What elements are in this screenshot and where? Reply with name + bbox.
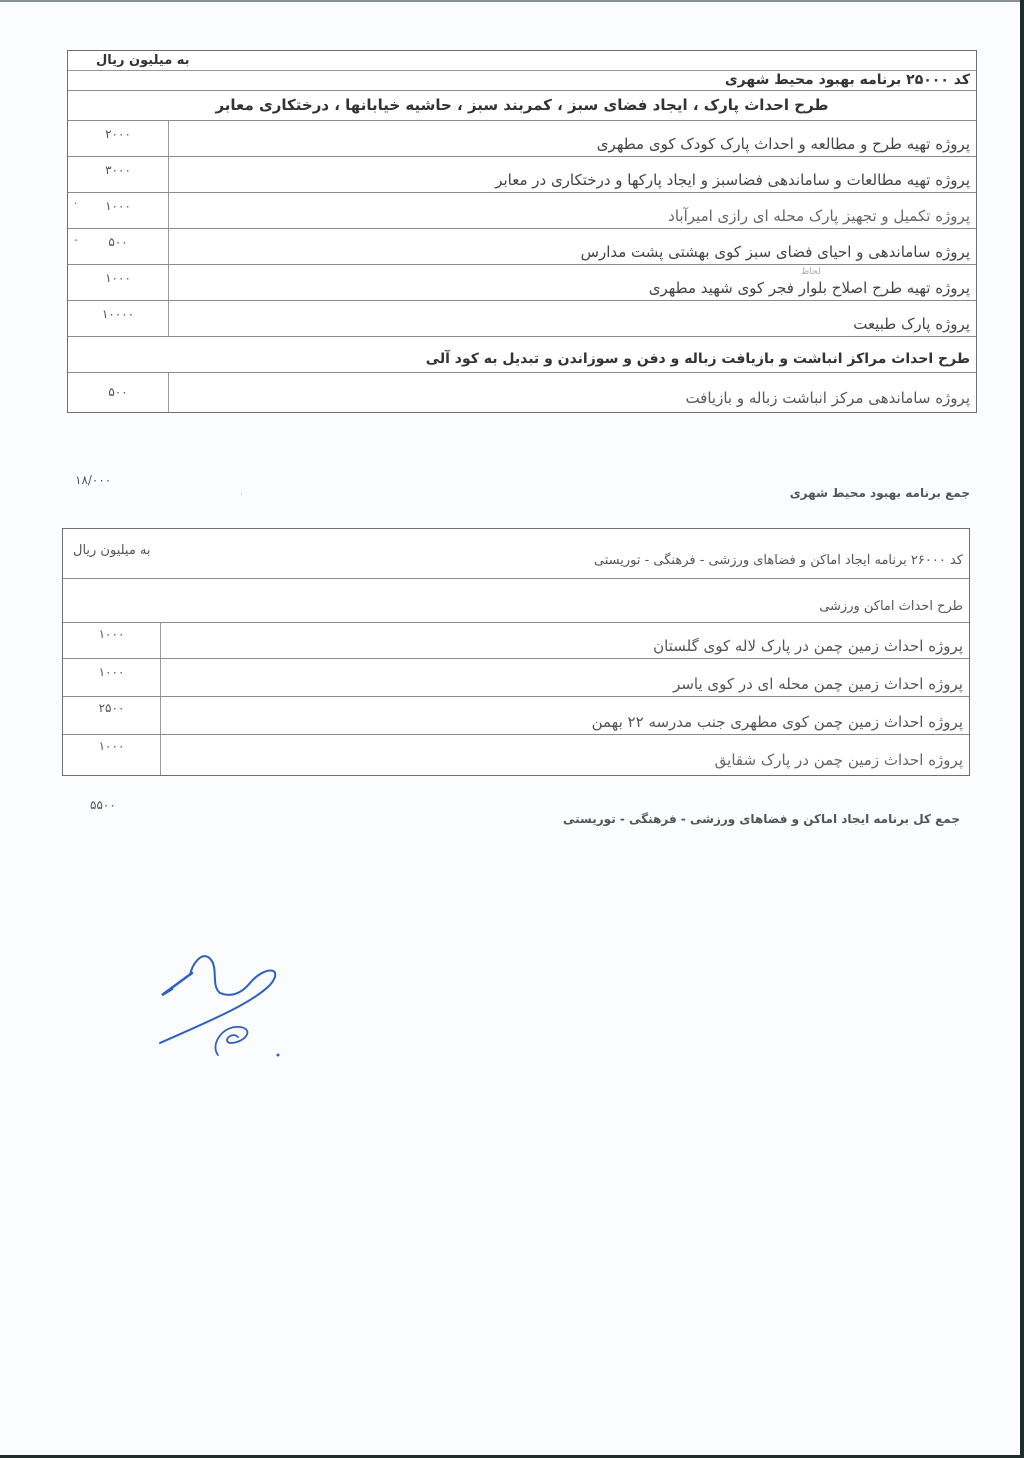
value-cell: ۱۰۰۰	[68, 265, 169, 300]
plan-title-row: طرح احداث پارک ، ایجاد فضای سبز ، کمربند…	[68, 91, 976, 121]
value: ۲۰۰۰	[68, 127, 168, 141]
plan-title: طرح احداث اماکن ورزشی	[819, 599, 963, 614]
table-row: ۲۵۰۰ پروژه احداث زمین چمن کوی مطهری جنب …	[63, 697, 969, 735]
value-cell: ۱۰۰۰	[63, 735, 161, 775]
table-header-code-row: به میلیون ریال کد ۲۶۰۰۰ برنامه ایجاد اما…	[63, 529, 969, 579]
value: ۲۵۰۰	[63, 701, 160, 715]
value: ۵۰۰	[68, 385, 168, 399]
value: ۵۰۰	[68, 235, 168, 249]
value-cell: - ۵۰۰	[68, 229, 169, 264]
scan-edge-top	[0, 0, 1024, 2]
table-row: ۱۰۰۰ پروژه احداث زمین چمن در پارک شقایق	[63, 735, 969, 775]
project-name: پروژه ساماندهی مرکز انباشت زباله و بازیا…	[685, 389, 970, 407]
signature	[150, 945, 300, 1065]
handwritten-note: لحاظ	[801, 267, 821, 277]
smudge-mark: ·	[240, 490, 243, 500]
value-cell: · ۱۰۰۰	[68, 193, 169, 228]
value-cell: ۵۰۰	[68, 373, 169, 412]
project-name: پروژه تهیه طرح اصلاح بلوار فجر کوی شهید …	[649, 279, 970, 297]
value-cell: ۳۰۰۰	[68, 157, 169, 192]
table-header-code-row: کد ۲۵۰۰۰ برنامه بهبود محیط شهری	[68, 71, 976, 91]
plan-title-row: طرح احداث اماکن ورزشی	[63, 579, 969, 623]
project-name: پروژه تهیه طرح و مطالعه و احداث پارک کود…	[597, 135, 970, 153]
value: ۱۰۰۰	[63, 627, 160, 641]
value: ۱۰۰۰	[63, 739, 160, 753]
value: ۱۰۰۰	[68, 199, 168, 213]
table-row: ۲۰۰۰ پروژه تهیه طرح و مطالعه و احداث پار…	[68, 121, 976, 157]
section-code-title: کد ۲۶۰۰۰ برنامه ایجاد اماکن و فضاهای ورز…	[594, 553, 963, 568]
table-row: ۱۰۰۰ پروژه احداث زمین چمن محله ای در کوی…	[63, 659, 969, 697]
value: ۱۰۰۰۰	[68, 307, 168, 321]
project-name: پروژه پارک طبیعت	[853, 315, 970, 333]
value: ۱۰۰۰	[63, 665, 160, 679]
value-cell: ۲۰۰۰	[68, 121, 169, 156]
table-row: ۱۰۰۰۰ پروژه پارک طبیعت	[68, 301, 976, 337]
table-header-unit-row: به میلیون ریال	[68, 51, 976, 71]
value-cell: ۱۰۰۰۰	[68, 301, 169, 336]
budget-table-sports-facilities: به میلیون ریال کد ۲۶۰۰۰ برنامه ایجاد اما…	[62, 528, 970, 776]
section-code-title: کد ۲۵۰۰۰ برنامه بهبود محیط شهری	[725, 72, 970, 88]
section-total-label: جمع برنامه بهبود محیط شهری	[790, 486, 970, 500]
plan-title: طرح احداث پارک ، ایجاد فضای سبز ، کمربند…	[215, 96, 828, 114]
section-total-label: جمع کل برنامه ایجاد اماکن و فضاهای ورزشی…	[563, 812, 960, 826]
project-name: پروژه تکمیل و تجهیز پارک محله ای رازی ام…	[668, 207, 970, 225]
plan-title-row: طرح احداث مراکز انباشت و بازیافت زباله و…	[68, 337, 976, 373]
table-row: ۱۰۰۰ لحاظ پروژه تهیه طرح اصلاح بلوار فجر…	[68, 265, 976, 301]
value-cell: ۱۰۰۰	[63, 659, 161, 696]
project-name: پروژه احداث زمین چمن محله ای در کوی یاسر	[673, 675, 963, 693]
scan-edge-right	[1020, 0, 1024, 1458]
value-cell: ۱۰۰۰	[63, 623, 161, 658]
section-total-value: ۵۵۰۰	[90, 798, 116, 812]
budget-table-urban-environment: به میلیون ریال کد ۲۵۰۰۰ برنامه بهبود محی…	[67, 50, 977, 413]
project-name: پروژه احداث زمین چمن در پارک شقایق	[715, 751, 963, 769]
project-name: پروژه تهیه مطالعات و ساماندهی فضاسبز و ا…	[495, 171, 970, 189]
unit-label: به میلیون ریال	[73, 543, 151, 558]
value: ۱۰۰۰	[68, 271, 168, 285]
plan-title: طرح احداث مراکز انباشت و بازیافت زباله و…	[426, 351, 970, 367]
value-cell: ۲۵۰۰	[63, 697, 161, 734]
project-name: پروژه احداث زمین چمن کوی مطهری جنب مدرسه…	[592, 713, 963, 731]
unit-label: به میلیون ریال	[96, 53, 190, 68]
table-row: ۵۰۰ پروژه ساماندهی مرکز انباشت زباله و ب…	[68, 373, 976, 412]
value: ۳۰۰۰	[68, 163, 168, 177]
table-row: ۱۰۰۰ پروژه احداث زمین چمن در پارک لاله ک…	[63, 623, 969, 659]
section-total-value: ۱۸/۰۰۰	[75, 473, 111, 487]
table-row: - ۵۰۰ پروژه ساماندهی و احیای فضای سبز کو…	[68, 229, 976, 265]
table-row: ۳۰۰۰ پروژه تهیه مطالعات و ساماندهی فضاسب…	[68, 157, 976, 193]
project-name: پروژه ساماندهی و احیای فضای سبز کوی بهشت…	[581, 243, 970, 261]
project-name: پروژه احداث زمین چمن در پارک لاله کوی گل…	[653, 637, 963, 655]
table-row: · ۱۰۰۰ پروژه تکمیل و تجهیز پارک محله ای …	[68, 193, 976, 229]
